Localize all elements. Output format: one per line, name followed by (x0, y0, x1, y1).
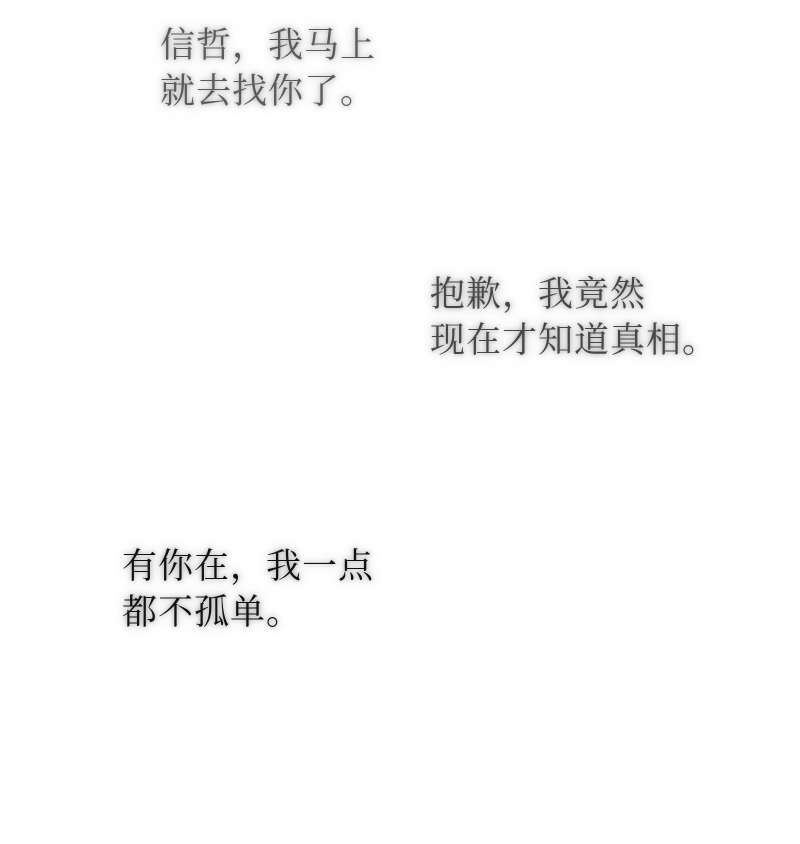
caption-line: 都不孤单。 (122, 590, 374, 636)
caption-line: 抱歉，我竟然 (430, 272, 718, 318)
caption-block-1: 信哲，我马上 就去找你了。 (160, 23, 376, 115)
caption-line: 有你在，我一点 (122, 544, 374, 590)
caption-block-2: 抱歉，我竟然 现在才知道真相。 (430, 272, 718, 364)
caption-line: 信哲，我马上 (160, 23, 376, 69)
caption-line: 就去找你了。 (160, 69, 376, 115)
caption-block-3: 有你在，我一点 都不孤单。 (122, 544, 374, 636)
caption-line: 现在才知道真相。 (430, 318, 718, 364)
